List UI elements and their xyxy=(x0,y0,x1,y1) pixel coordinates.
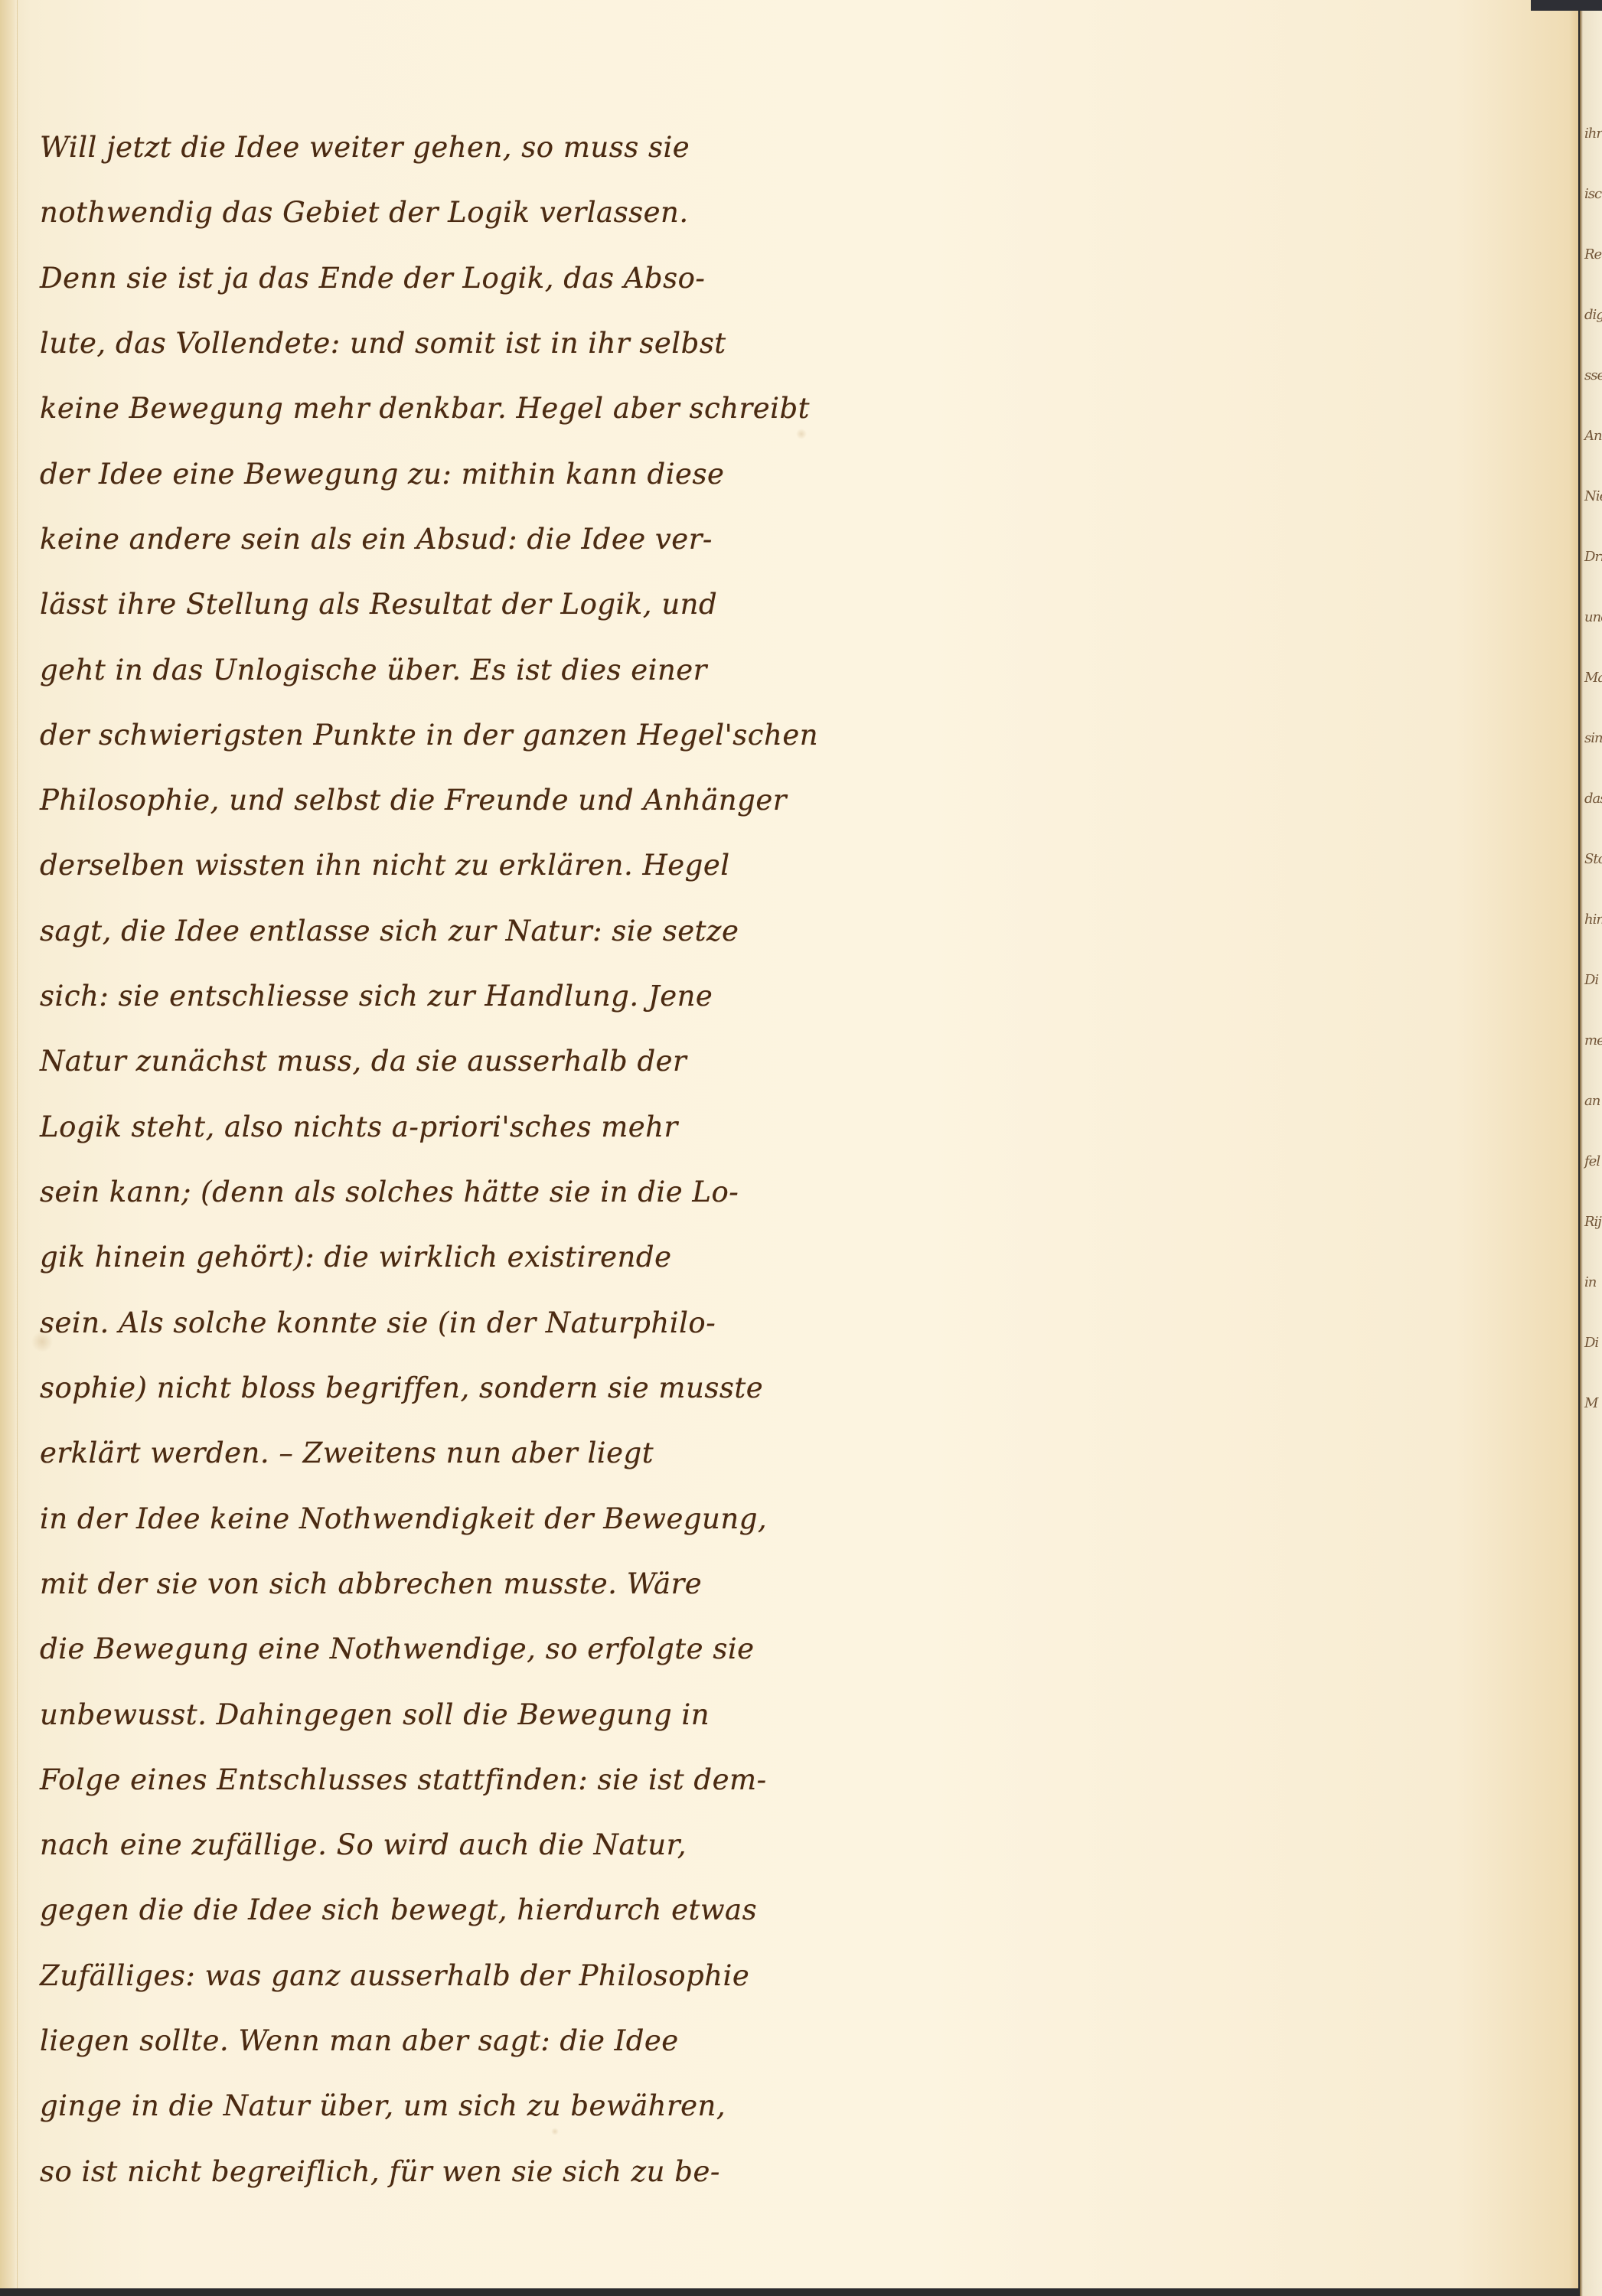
adjacent-page-text-fragment: Maße xyxy=(1584,670,1602,686)
manuscript-line: mit der sie von sich abbrechen musste. W… xyxy=(40,1551,851,1616)
adjacent-page-text-fragment: Dri xyxy=(1584,549,1602,565)
adjacent-page-text-fragment: Ansd xyxy=(1584,428,1602,444)
manuscript-line: sagt, die Idee entlasse sich zur Natur: … xyxy=(40,899,851,964)
adjacent-page-text-fragment: hin xyxy=(1584,912,1602,928)
adjacent-page-text-fragment: Rij xyxy=(1584,1214,1601,1230)
manuscript-line: keine andere sein als ein Absud: die Ide… xyxy=(40,507,851,572)
manuscript-line: unbewusst. Dahingegen soll die Bewegung … xyxy=(40,1682,851,1747)
manuscript-line: geht in das Unlogische über. Es ist dies… xyxy=(40,638,851,703)
manuscript-line: sophie) nicht bloss begriffen, sondern s… xyxy=(40,1355,851,1420)
manuscript-line: in der Idee keine Nothwendigkeit der Bew… xyxy=(40,1486,851,1551)
adjacent-page-text-fragment: an xyxy=(1584,1093,1600,1109)
manuscript-line: nach eine zufällige. So wird auch die Na… xyxy=(40,1812,851,1877)
adjacent-page-text-fragment: me xyxy=(1584,1032,1602,1049)
manuscript-line: Philosophie, und selbst die Freunde und … xyxy=(40,768,851,833)
manuscript-line: nothwendig das Gebiet der Logik verlasse… xyxy=(40,180,851,245)
manuscript-line: sich: sie entschliesse sich zur Handlung… xyxy=(40,964,851,1029)
manuscript-page: Will jetzt die Idee weiter gehen, so mus… xyxy=(0,0,1578,2288)
manuscript-line: lässt ihre Stellung als Resultat der Log… xyxy=(40,572,851,637)
adjacent-page-text-fragment: dige xyxy=(1584,307,1602,323)
adjacent-page-text-fragment: das xyxy=(1584,791,1602,807)
manuscript-line: der Idee eine Bewegung zu: mithin kann d… xyxy=(40,442,851,507)
manuscript-text-block: Will jetzt die Idee weiter gehen, so mus… xyxy=(40,115,851,2204)
manuscript-line: Denn sie ist ja das Ende der Logik, das … xyxy=(40,246,851,311)
manuscript-line: keine Bewegung mehr denkbar. Hegel aber … xyxy=(40,376,851,441)
manuscript-line: Zufälliges: was ganz ausserhalb der Phil… xyxy=(40,1943,851,2008)
adjacent-page-text-fragment: unen xyxy=(1584,609,1602,625)
manuscript-line: Will jetzt die Idee weiter gehen, so mus… xyxy=(40,115,851,180)
adjacent-page-text-fragment: Di xyxy=(1584,1335,1598,1351)
adjacent-page-text-fragment: Real xyxy=(1584,246,1602,263)
manuscript-line: Natur zunächst muss, da sie ausserhalb d… xyxy=(40,1029,851,1094)
manuscript-line: Folge eines Entschlusses stattfinden: si… xyxy=(40,1747,851,1812)
manuscript-line: der schwierigsten Punkte in der ganzen H… xyxy=(40,703,851,768)
adjacent-page-edge: ihreischenRealdigessenAnsdNieDriunenMaße… xyxy=(1580,11,1602,2296)
manuscript-line: ginge in die Natur über, um sich zu bewä… xyxy=(40,2073,851,2138)
adjacent-page-text-fragment: in xyxy=(1584,1274,1596,1290)
adjacent-page-text-fragment: M xyxy=(1584,1395,1597,1411)
manuscript-line: gik hinein gehört): die wirklich existir… xyxy=(40,1225,851,1290)
manuscript-line: lute, das Vollendete: und somit ist in i… xyxy=(40,311,851,376)
manuscript-line: derselben wissten ihn nicht zu erklären.… xyxy=(40,833,851,898)
manuscript-line: so ist nicht begreiflich, für wen sie si… xyxy=(40,2139,851,2204)
adjacent-page-text-fragment: ischen xyxy=(1584,186,1602,202)
adjacent-page-text-fragment: Stof xyxy=(1584,851,1602,867)
manuscript-line: liegen sollte. Wenn man aber sagt: die I… xyxy=(40,2008,851,2073)
book-binding xyxy=(1531,0,1602,11)
manuscript-line: sein. Als solche konnte sie (in der Natu… xyxy=(40,1290,851,1355)
adjacent-page-text-fragment: ihre xyxy=(1584,126,1602,142)
manuscript-line: die Bewegung eine Nothwendige, so erfolg… xyxy=(40,1616,851,1681)
manuscript-line: sein kann; (denn als solches hätte sie i… xyxy=(40,1159,851,1225)
manuscript-line: Logik steht, also nichts a-priori'sches … xyxy=(40,1094,851,1159)
adjacent-page-text-fragment: Nie xyxy=(1584,488,1602,504)
adjacent-page-text-fragment: ssen xyxy=(1584,367,1602,383)
manuscript-line: gegen die die Idee sich bewegt, hierdurc… xyxy=(40,1877,851,1942)
adjacent-page-text-fragment: fel xyxy=(1584,1153,1600,1169)
adjacent-page-text-fragment: Di xyxy=(1584,972,1598,988)
page-gutter-edge xyxy=(0,0,18,2288)
adjacent-page-text-fragment: sin xyxy=(1584,730,1602,746)
manuscript-line: erklärt werden. – Zweitens nun aber lieg… xyxy=(40,1420,851,1486)
